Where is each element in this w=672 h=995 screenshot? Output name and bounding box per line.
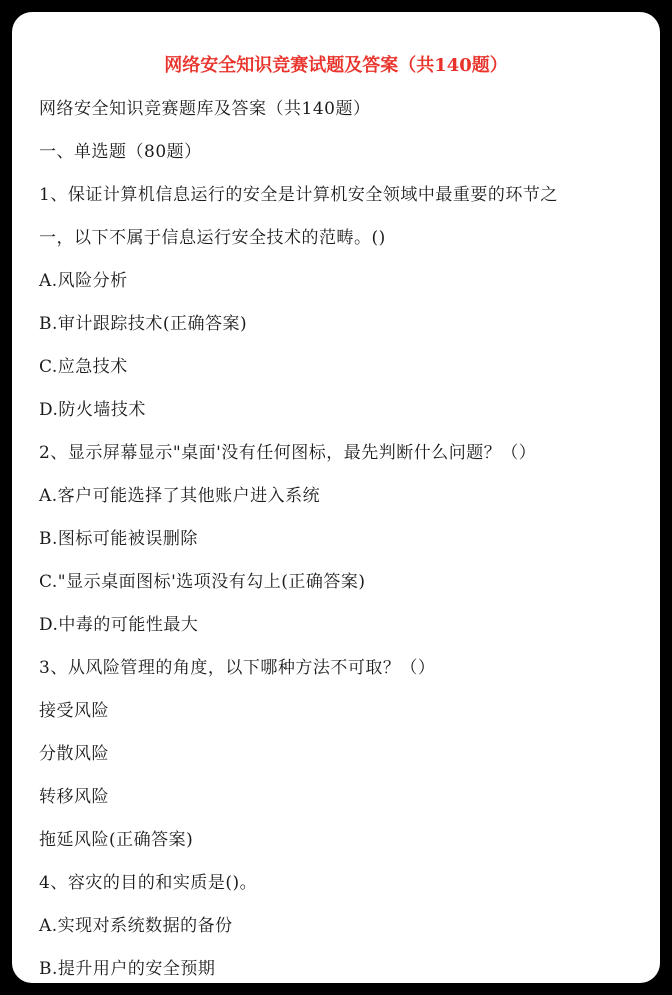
question-1-option-c: C.应急技术	[39, 354, 128, 380]
question-4-option-a: A.实现对系统数据的备份	[39, 913, 233, 939]
document-title: 网络安全知识竞赛试题及答案（共140题）	[12, 52, 660, 80]
question-2-option-c: C."显示桌面图标'选项没有勾上(正确答案)	[39, 569, 366, 595]
document-page: 网络安全知识竞赛试题及答案（共140题） 网络安全知识竞赛题库及答案（共140题…	[12, 12, 660, 983]
question-1-option-b: B.审计跟踪技术(正确答案)	[39, 311, 247, 337]
section-heading: 一、单选题（80题）	[39, 139, 202, 165]
question-3-option-2: 分散风险	[39, 741, 109, 767]
question-3-option-3: 转移风险	[39, 784, 109, 810]
question-3-option-4: 拖延风险(正确答案)	[39, 827, 193, 853]
question-1-option-a: A.风险分析	[39, 268, 128, 294]
question-3: 3、从风险管理的角度，以下哪种方法不可取？（）	[39, 655, 435, 681]
question-1-line-1: 1、保证计算机信息运行的安全是计算机安全领域中最重要的环节之	[39, 182, 558, 208]
question-2: 2、显示屏幕显示"桌面'没有任何图标，最先判断什么问题？（）	[39, 440, 536, 466]
question-1-line-2: 一，以下不属于信息运行安全技术的范畴。()	[39, 225, 386, 251]
question-4: 4、容灾的目的和实质是()。	[39, 870, 257, 896]
question-2-option-d: D.中毒的可能性最大	[39, 612, 198, 638]
question-3-option-1: 接受风险	[39, 698, 109, 724]
question-2-option-a: A.客户可能选择了其他账户进入系统	[39, 483, 320, 509]
subtitle-line: 网络安全知识竞赛题库及答案（共140题）	[39, 96, 370, 122]
question-1-option-d: D.防火墙技术	[39, 397, 146, 423]
question-4-option-b: B.提升用户的安全预期	[39, 956, 215, 982]
question-2-option-b: B.图标可能被误删除	[39, 526, 198, 552]
